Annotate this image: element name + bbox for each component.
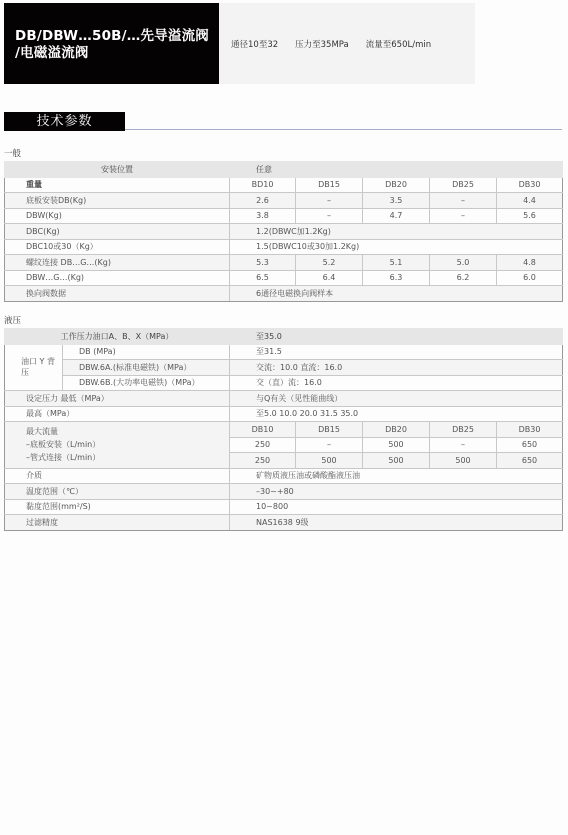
value-cell: 4.8 (497, 255, 563, 271)
size-cell: BD10 (230, 177, 296, 193)
section-title: 技术参数 (4, 112, 125, 131)
value-cell: 1.2(DBWC加1.2Kg) (230, 224, 563, 240)
general-table: 安装位置 任意 重量 BD10 DB15 DB20 DB25 DB30 底板安装… (4, 161, 563, 302)
table-row: DBC10或30（Kg） 1.5(DBWC10或30加1.2Kg) (5, 239, 563, 255)
value-cell: 500 (430, 453, 497, 469)
row-label: DBW(Kg) (5, 208, 230, 224)
row-label: DBW.6B.(大功率电磁铁)（MPa） (63, 375, 230, 391)
size-cell: DB15 (296, 177, 363, 193)
table-row: 黏度范围(mm²/S) 10~800 (5, 499, 563, 515)
value-cell: NAS1638 9级 (230, 515, 563, 531)
table-row-weight-sizes: 重量 BD10 DB15 DB20 DB25 DB30 (5, 177, 563, 193)
product-title-block: DB/DBW…50B/…先导溢流阀 /电磁溢流阀 (4, 3, 219, 84)
row-label: 温度范围（℃） (5, 484, 230, 500)
value-cell: – (296, 208, 363, 224)
header-working-pressure-value: 至35.0 (230, 329, 563, 345)
row-label: 重量 (5, 177, 230, 193)
value-cell: 500 (363, 453, 430, 469)
row-label: 换向阀数据 (5, 286, 230, 302)
value-cell: – (430, 208, 497, 224)
table-row: 过滤精度 NAS1638 9级 (5, 515, 563, 531)
value-cell: 4.4 (497, 193, 563, 209)
value-cell: 5.0 (430, 255, 497, 271)
value-cell: 5.3 (230, 255, 296, 271)
size-cell: DB25 (430, 177, 497, 193)
value-cell: 3.8 (230, 208, 296, 224)
value-cell: 250 (230, 437, 296, 453)
table-row: 油口 Y 背压 DB (MPa) 至31.5 (5, 344, 563, 360)
value-cell: –30~+80 (230, 484, 563, 500)
port-y-label: 油口 Y 背压 (5, 344, 63, 391)
value-cell: 6.5 (230, 270, 296, 286)
table-row: 螺纹连接 DB…G…(Kg) 5.3 5.2 5.1 5.0 4.8 (5, 255, 563, 271)
table-row: DBW.6B.(大功率电磁铁)（MPa） 交（直）流：16.0 (5, 375, 563, 391)
section-divider (125, 129, 562, 130)
header-mount-position: 安装位置 (5, 162, 230, 178)
size-cell: DB30 (497, 177, 563, 193)
row-label: 过滤精度 (5, 515, 230, 531)
value-cell: 与Q有关（见性能曲线） (230, 391, 563, 407)
product-title-line2: /电磁溢流阀 (15, 45, 219, 62)
max-flow-label: 最大流量 –底板安装（L/min） –管式连接（L/min） (5, 422, 230, 469)
spec-diameter: 通径10至32 (231, 38, 278, 50)
spec-flow: 流量至650L/min (366, 38, 431, 50)
value-cell: 至31.5 (230, 344, 563, 360)
value-cell: 4.7 (363, 208, 430, 224)
table-row-flow-sizes: 最大流量 –底板安装（L/min） –管式连接（L/min） DB10 DB15… (5, 422, 563, 438)
value-cell: 交（直）流：16.0 (230, 375, 563, 391)
value-cell: 至5.0 10.0 20.0 31.5 35.0 (230, 406, 563, 422)
value-cell: 矿物质液压油或磷酸酯液压油 (230, 468, 563, 484)
value-cell: 6.3 (363, 270, 430, 286)
table-header-row: 安装位置 任意 (5, 162, 563, 178)
value-cell: 交流：10.0 直流：16.0 (230, 360, 563, 376)
table-row: DBW…G…(Kg) 6.5 6.4 6.3 6.2 6.0 (5, 270, 563, 286)
size-cell: DB20 (363, 177, 430, 193)
spec-pressure: 压力至35MPa (295, 38, 349, 50)
max-flow-threaded: –管式连接（L/min） (26, 451, 229, 464)
value-cell: 650 (497, 437, 563, 453)
product-specs-block: 通径10至32 压力至35MPa 流量至650L/min (219, 3, 475, 84)
value-cell: – (296, 193, 363, 209)
header-any: 任意 (230, 162, 563, 178)
value-cell: 2.6 (230, 193, 296, 209)
value-cell: 6.4 (296, 270, 363, 286)
row-label: 设定压力 最低（MPa） (5, 391, 230, 407)
table-header-row: 工作压力油口A、B、X（MPa） 至35.0 (5, 329, 563, 345)
general-label: 一般 (4, 147, 21, 159)
table-row: 换向阀数据 6通径电磁换向阀样本 (5, 286, 563, 302)
table-row: DBW.6A.(标准电磁铁)（MPa） 交流：10.0 直流：16.0 (5, 360, 563, 376)
table-row: DBC(Kg) 1.2(DBWC加1.2Kg) (5, 224, 563, 240)
value-cell: 6.2 (430, 270, 497, 286)
value-cell: 3.5 (363, 193, 430, 209)
value-cell: 650 (497, 453, 563, 469)
value-cell: 6.0 (497, 270, 563, 286)
row-label: DB (MPa) (63, 344, 230, 360)
value-cell: 500 (363, 437, 430, 453)
row-label: DBW…G…(Kg) (5, 270, 230, 286)
value-cell: 6通径电磁换向阀样本 (230, 286, 563, 302)
row-label: DBC10或30（Kg） (5, 239, 230, 255)
product-title-line1: DB/DBW…50B/…先导溢流阀 (15, 28, 219, 45)
value-cell: – (296, 437, 363, 453)
value-cell: 5.1 (363, 255, 430, 271)
hydraulic-label: 液压 (4, 314, 21, 326)
hydraulic-table: 工作压力油口A、B、X（MPa） 至35.0 油口 Y 背压 DB (MPa) … (4, 328, 563, 531)
value-cell: 500 (296, 453, 363, 469)
value-cell: 10~800 (230, 499, 563, 515)
value-cell: – (430, 437, 497, 453)
table-row: DBW(Kg) 3.8 – 4.7 – 5.6 (5, 208, 563, 224)
value-cell: – (430, 193, 497, 209)
row-label: DBW.6A.(标准电磁铁)（MPa） (63, 360, 230, 376)
size-cell: DB30 (497, 422, 563, 438)
table-row: 介质 矿物质液压油或磷酸酯液压油 (5, 468, 563, 484)
table-row: 底板安装DB(Kg) 2.6 – 3.5 – 4.4 (5, 193, 563, 209)
size-cell: DB15 (296, 422, 363, 438)
table-row: 最高（MPa） 至5.0 10.0 20.0 31.5 35.0 (5, 406, 563, 422)
table-row: 设定压力 最低（MPa） 与Q有关（见性能曲线） (5, 391, 563, 407)
header-working-pressure: 工作压力油口A、B、X（MPa） (5, 329, 230, 345)
row-label: 介质 (5, 468, 230, 484)
row-label: 螺纹连接 DB…G…(Kg) (5, 255, 230, 271)
max-flow-title: 最大流量 (26, 425, 229, 438)
size-cell: DB25 (430, 422, 497, 438)
value-cell: 250 (230, 453, 296, 469)
value-cell: 5.6 (497, 208, 563, 224)
table-row: 温度范围（℃） –30~+80 (5, 484, 563, 500)
max-flow-subplate: –底板安装（L/min） (26, 438, 229, 451)
row-label: 底板安装DB(Kg) (5, 193, 230, 209)
row-label: 黏度范围(mm²/S) (5, 499, 230, 515)
size-cell: DB10 (230, 422, 296, 438)
row-label: 最高（MPa） (5, 406, 230, 422)
size-cell: DB20 (363, 422, 430, 438)
value-cell: 1.5(DBWC10或30加1.2Kg) (230, 239, 563, 255)
value-cell: 5.2 (296, 255, 363, 271)
row-label: DBC(Kg) (5, 224, 230, 240)
